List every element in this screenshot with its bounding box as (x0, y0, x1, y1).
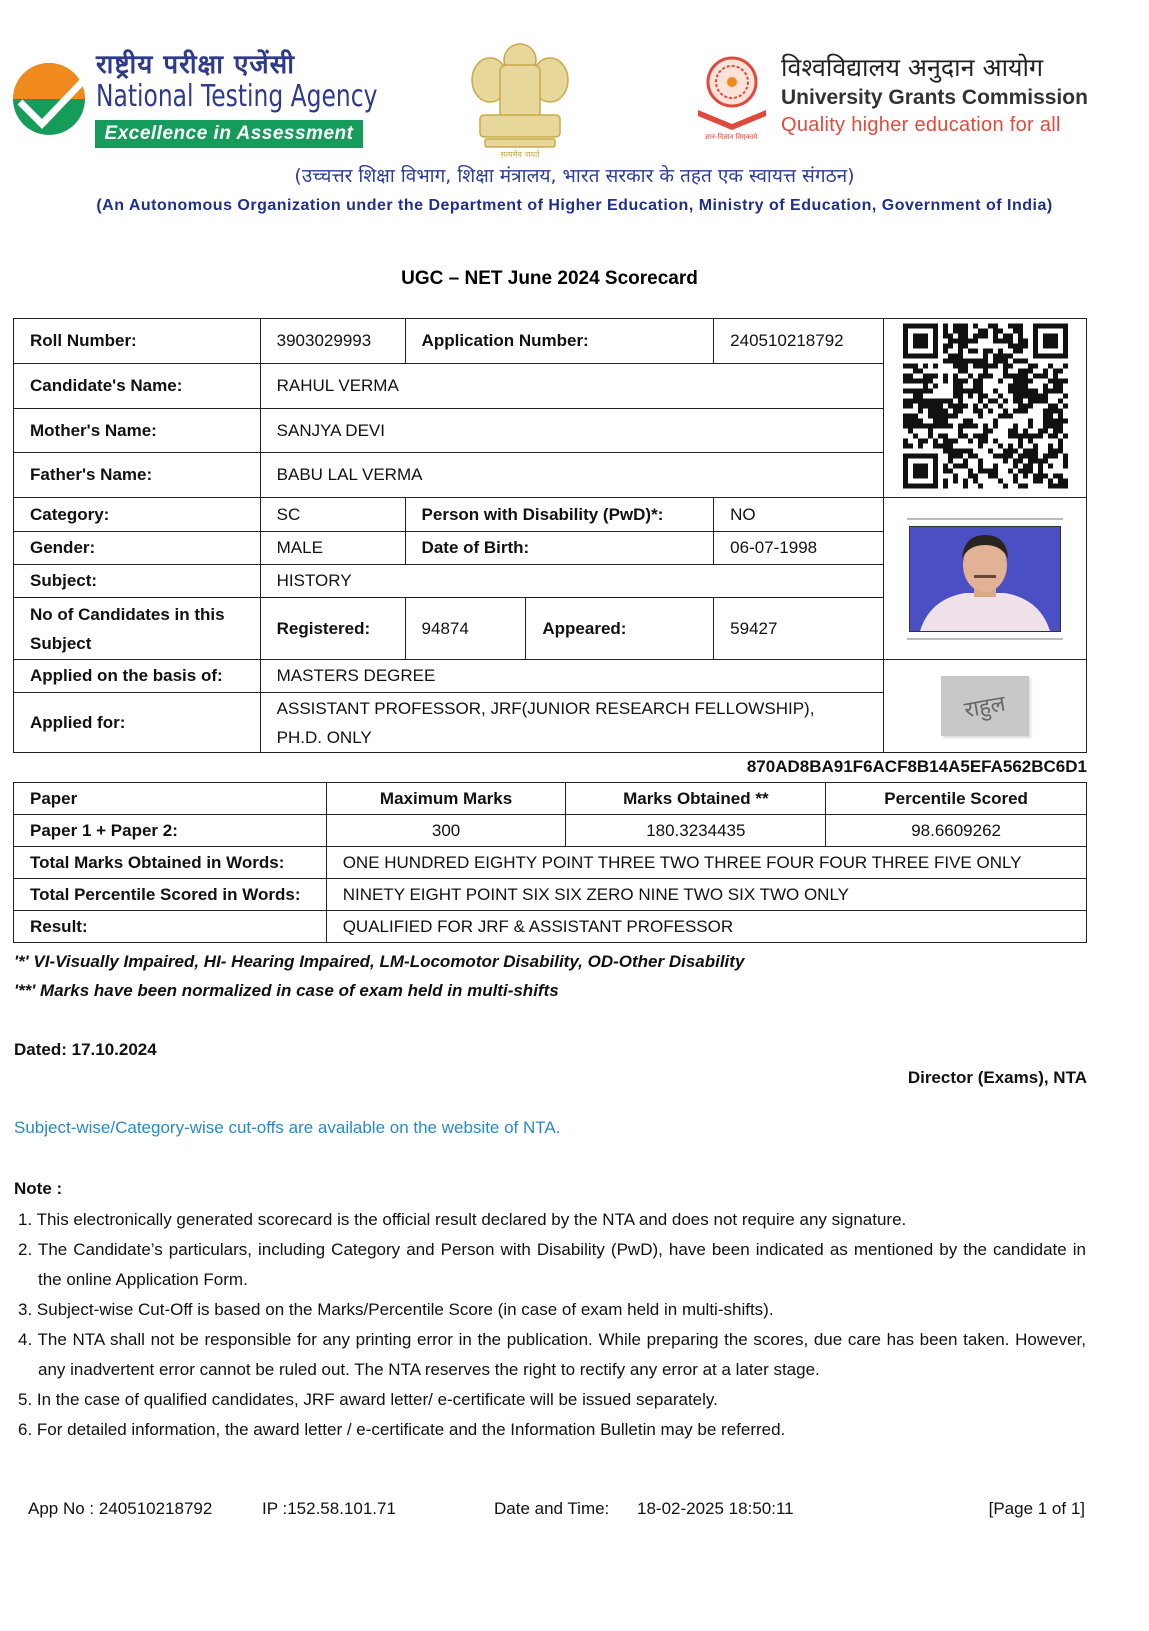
nta-tagline: Excellence in Assessment (95, 120, 363, 148)
registered-value: 94874 (405, 598, 526, 660)
candidates-count-label: No of Candidates in this Subject (14, 598, 261, 660)
mother-name-value: SANJYA DEVI (260, 409, 883, 453)
signature-text: राहुल (962, 688, 1008, 725)
nta-logo-icon (12, 62, 86, 136)
marks-words-value: ONE HUNDRED EIGHTY POINT THREE TWO THREE… (326, 847, 1086, 879)
header-max-marks: Maximum Marks (326, 783, 566, 815)
ugc-logo-icon: ज्ञान-विज्ञान विमुक्तये (692, 52, 770, 140)
qr-code-icon (903, 321, 1068, 491)
note-item: 3. Subject-wise Cut-Off is based on the … (14, 1295, 1086, 1325)
application-number-label: Application Number: (405, 319, 714, 364)
marks-obtained-value: 180.3234435 (566, 815, 826, 847)
nta-english-name: National Testing Agency (96, 80, 377, 114)
percentile-words-value: NINETY EIGHT POINT SIX SIX ZERO NINE TWO… (326, 879, 1086, 911)
roll-number-value: 3903029993 (260, 319, 405, 364)
footer-ip: IP :152.58.101.71 (262, 1499, 396, 1519)
hindi-subtitle: (उच्चत्तर शिक्षा विभाग, शिक्षा मंत्रालय,… (0, 162, 1149, 188)
note-item: 5. In the case of qualified candidates, … (14, 1385, 1086, 1415)
photo-cell (884, 498, 1087, 660)
paper-label: Paper 1 + Paper 2: (14, 815, 327, 847)
subject-value: HISTORY (260, 565, 883, 598)
dob-label: Date of Birth: (405, 532, 714, 565)
subject-label: Subject: (14, 565, 261, 598)
father-name-label: Father's Name: (14, 453, 261, 498)
english-subtitle: (An Autonomous Organization under the De… (0, 197, 1149, 215)
note-item: 2. The Candidate’s particulars, includin… (14, 1235, 1086, 1295)
header-paper: Paper (14, 783, 327, 815)
header-percentile: Percentile Scored (826, 783, 1087, 815)
marks-words-label: Total Marks Obtained in Words: (14, 847, 327, 879)
candidate-name-value: RAHUL VERMA (260, 364, 883, 409)
svg-text:सत्यमेव जयते: सत्यमेव जयते (500, 149, 540, 159)
ugc-wordmark: विश्वविद्यालय अनुदान आयोग University Gra… (781, 52, 1088, 138)
candidate-photo (909, 526, 1061, 632)
ugc-hindi-name: विश्वविद्यालय अनुदान आयोग (781, 52, 1088, 84)
verification-hash: 870AD8BA91F6ACF8B14A5EFA562BC6D1 (13, 757, 1087, 777)
registered-label: Registered: (260, 598, 405, 660)
basis-value: MASTERS DEGREE (260, 660, 883, 693)
percentile-value: 98.6609262 (826, 815, 1087, 847)
ugc-tagline: Quality higher education for all (781, 112, 1088, 138)
basis-label: Applied on the basis of: (14, 660, 261, 693)
footer-app-no: App No : 240510218792 (28, 1499, 212, 1519)
nta-wordmark: राष्ट्रीय परीक्षा एजेंसी National Testin… (96, 50, 457, 114)
issue-date: Dated: 17.10.2024 (14, 1040, 157, 1060)
page-title: UGC – NET June 2024 Scorecard (0, 268, 1099, 290)
marks-footnote: '**' Marks have been normalized in case … (14, 981, 559, 1001)
candidate-signature: राहुल (941, 676, 1029, 736)
applied-for-label: Applied for: (14, 693, 261, 753)
national-emblem-icon: सत्यमेव जयते (455, 35, 585, 160)
note-item: 6. For detailed information, the award l… (14, 1415, 1086, 1445)
svg-text:ज्ञान-विज्ञान विमुक्तये: ज्ञान-विज्ञान विमुक्तये (705, 132, 758, 140)
note-item: 4. The NTA shall not be responsible for … (14, 1325, 1086, 1385)
qr-code-cell (884, 319, 1087, 498)
category-value: SC (260, 498, 405, 532)
application-number-value: 240510218792 (714, 319, 884, 364)
marks-table: Paper Maximum Marks Marks Obtained ** Pe… (13, 782, 1087, 943)
pwd-label: Person with Disability (PwD)*: (405, 498, 714, 532)
pwd-footnote: '*' VI-Visually Impaired, HI- Hearing Im… (14, 952, 744, 972)
signature-cell: राहुल (884, 660, 1087, 753)
footer-datetime: 18-02-2025 18:50:11 (637, 1499, 794, 1519)
max-marks-value: 300 (326, 815, 566, 847)
candidate-name-label: Candidate's Name: (14, 364, 261, 409)
footer-datetime-label: Date and Time: (494, 1499, 609, 1519)
note-title: Note : (14, 1179, 62, 1199)
result-value: QUALIFIED FOR JRF & ASSISTANT PROFESSOR (326, 911, 1086, 943)
appeared-value: 59427 (714, 598, 884, 660)
ugc-english-name: University Grants Commission (781, 84, 1088, 112)
footer-page: [Page 1 of 1] (989, 1499, 1085, 1519)
result-label: Result: (14, 911, 327, 943)
candidate-info-table: Roll Number: 3903029993 Application Numb… (13, 318, 1087, 753)
gender-label: Gender: (14, 532, 261, 565)
percentile-words-label: Total Percentile Scored in Words: (14, 879, 327, 911)
header-marks-obtained: Marks Obtained ** (566, 783, 826, 815)
notes-list: 1. This electronically generated scoreca… (14, 1205, 1086, 1445)
applied-for-value: ASSISTANT PROFESSOR, JRF(JUNIOR RESEARCH… (260, 693, 883, 753)
cutoff-link[interactable]: Subject-wise/Category-wise cut-offs are … (14, 1118, 560, 1138)
father-name-value: BABU LAL VERMA (260, 453, 883, 498)
category-label: Category: (14, 498, 261, 532)
gender-value: MALE (260, 532, 405, 565)
note-item: 1. This electronically generated scoreca… (14, 1205, 1086, 1235)
pwd-value: NO (714, 498, 884, 532)
appeared-label: Appeared: (526, 598, 714, 660)
mother-name-label: Mother's Name: (14, 409, 261, 453)
roll-number-label: Roll Number: (14, 319, 261, 364)
signatory: Director (Exams), NTA (908, 1068, 1087, 1088)
nta-hindi-name: राष्ट्रीय परीक्षा एजेंसी (96, 50, 457, 80)
dob-value: 06-07-1998 (714, 532, 884, 565)
